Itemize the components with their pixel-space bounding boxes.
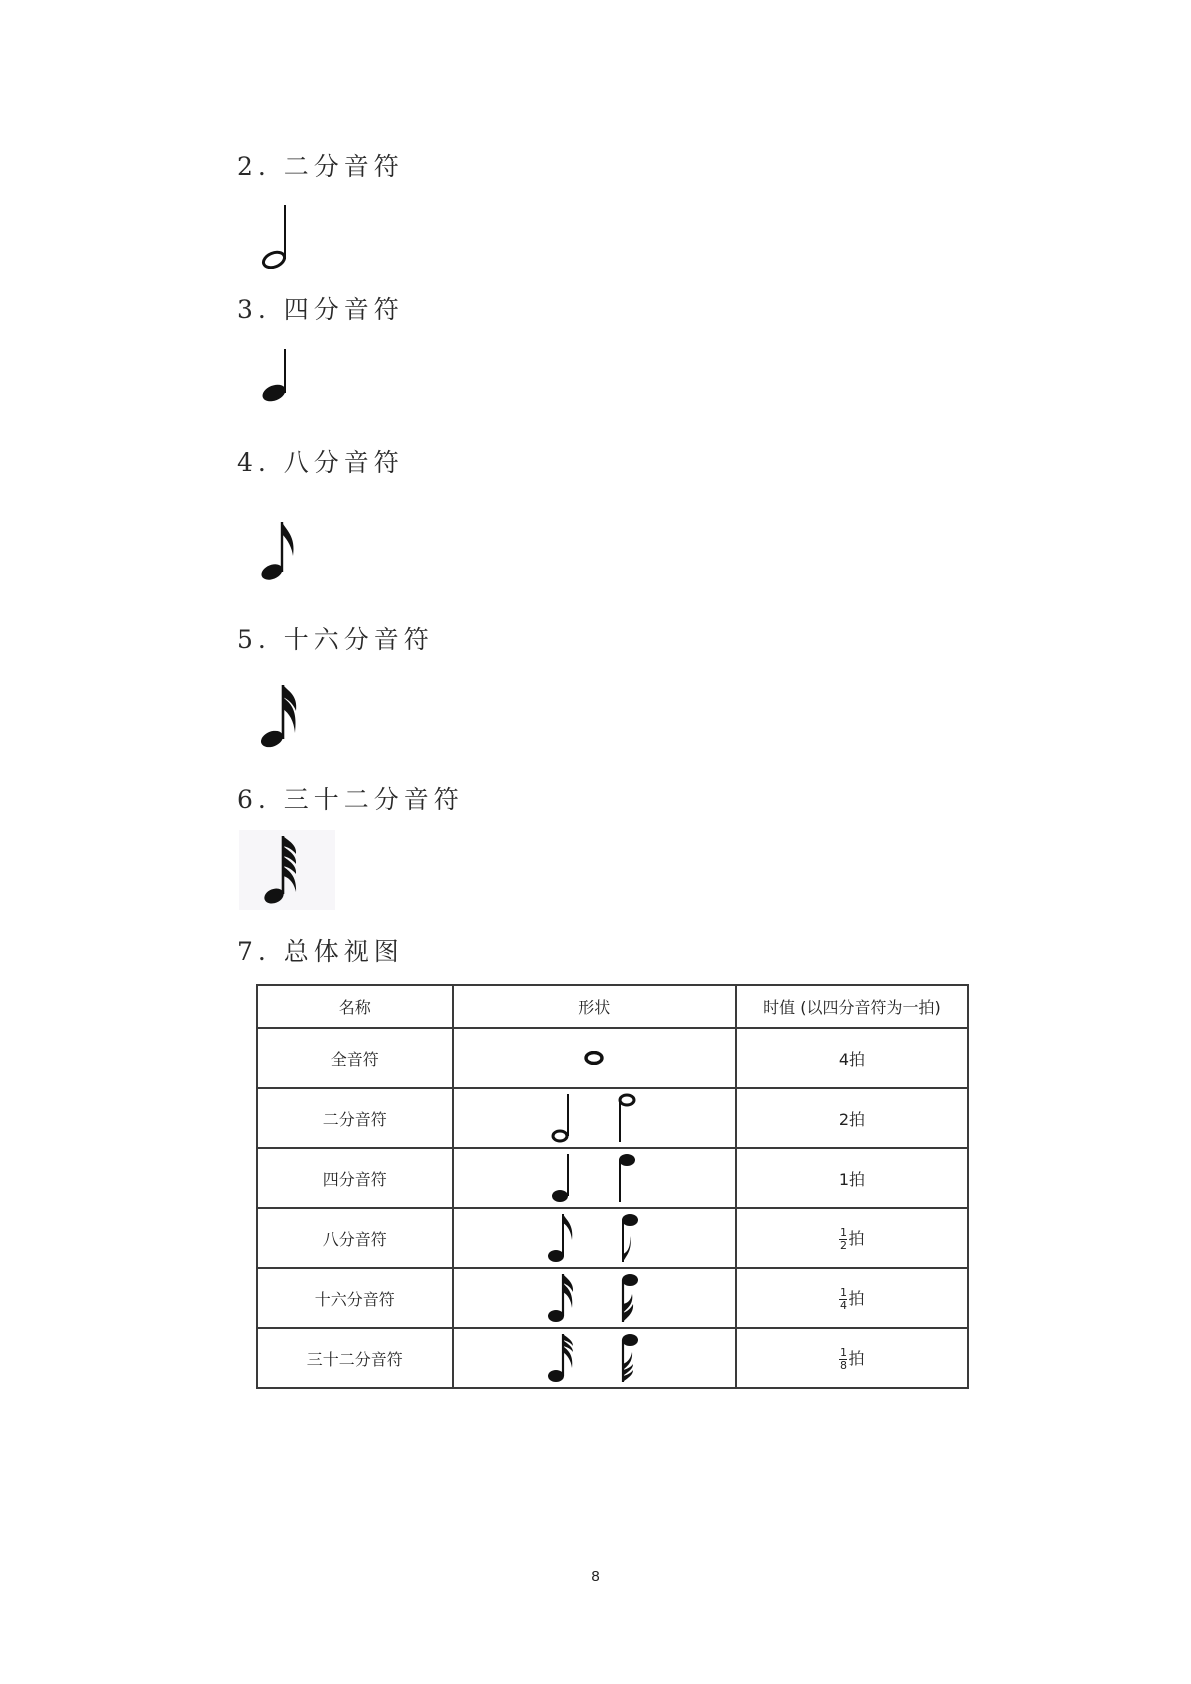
table-row: 十六分音符 14拍 — [257, 1268, 968, 1328]
sixteenth-note-icon — [258, 683, 302, 749]
sixteenth-note-stem-up-icon — [547, 1272, 577, 1324]
row-shape — [453, 1208, 736, 1268]
half-note-stem-down-icon — [614, 1092, 638, 1144]
table-row: 四分音符 1拍 — [257, 1148, 968, 1208]
thirty-second-note-icon — [239, 830, 335, 910]
row-name: 四分音符 — [257, 1148, 453, 1208]
heading-quarter-note: 3. 四分音符 — [237, 290, 404, 326]
heading-sixteenth-note: 5. 十六分音符 — [237, 620, 434, 656]
heading-thirty-second-note: 6. 三十二分音符 — [237, 780, 464, 816]
row-shape — [453, 1268, 736, 1328]
eighth-note-icon — [260, 520, 304, 582]
row-shape — [453, 1148, 736, 1208]
table-row: 三十二分音符 18拍 — [257, 1328, 968, 1388]
row-name: 二分音符 — [257, 1088, 453, 1148]
row-name: 三十二分音符 — [257, 1328, 453, 1388]
row-duration: 1拍 — [736, 1148, 968, 1208]
quarter-note-stem-up-icon — [550, 1152, 574, 1204]
note-values-table: 名称 形状 时值 (以四分音符为一拍) 全音符 4拍 二分音符 — [256, 984, 969, 1389]
sixteenth-note-stem-down-icon — [617, 1272, 641, 1324]
row-shape — [453, 1088, 736, 1148]
eighth-note-stem-down-icon — [617, 1212, 641, 1264]
header-shape: 形状 — [453, 985, 736, 1028]
quarter-note-stem-down-icon — [614, 1152, 638, 1204]
thirty-second-note-stem-up-icon — [547, 1332, 577, 1384]
eighth-note-stem-up-icon — [547, 1212, 577, 1264]
table-header-row: 名称 形状 时值 (以四分音符为一拍) — [257, 985, 968, 1028]
quarter-note-icon — [258, 347, 298, 403]
header-name: 名称 — [257, 985, 453, 1028]
row-duration: 18拍 — [736, 1328, 968, 1388]
row-duration: 14拍 — [736, 1268, 968, 1328]
thirty-second-note-stem-down-icon — [617, 1332, 641, 1384]
row-shape — [453, 1028, 736, 1088]
page-number: 8 — [0, 1568, 1191, 1585]
whole-note-icon — [584, 1051, 604, 1065]
heading-half-note: 2. 二分音符 — [237, 147, 404, 183]
heading-eighth-note: 4. 八分音符 — [237, 443, 404, 479]
table-row: 八分音符 12拍 — [257, 1208, 968, 1268]
row-name: 全音符 — [257, 1028, 453, 1088]
table-row: 全音符 4拍 — [257, 1028, 968, 1088]
fraction: 18 — [839, 1348, 847, 1371]
row-name: 十六分音符 — [257, 1268, 453, 1328]
half-note-icon — [258, 203, 298, 269]
fraction: 12 — [839, 1228, 847, 1251]
row-duration: 2拍 — [736, 1088, 968, 1148]
fraction: 14 — [839, 1288, 847, 1311]
row-duration: 12拍 — [736, 1208, 968, 1268]
header-duration: 时值 (以四分音符为一拍) — [736, 985, 968, 1028]
table-row: 二分音符 2拍 — [257, 1088, 968, 1148]
half-note-stem-up-icon — [550, 1092, 574, 1144]
row-duration: 4拍 — [736, 1028, 968, 1088]
row-shape — [453, 1328, 736, 1388]
row-name: 八分音符 — [257, 1208, 453, 1268]
heading-overview: 7. 总体视图 — [237, 932, 404, 968]
